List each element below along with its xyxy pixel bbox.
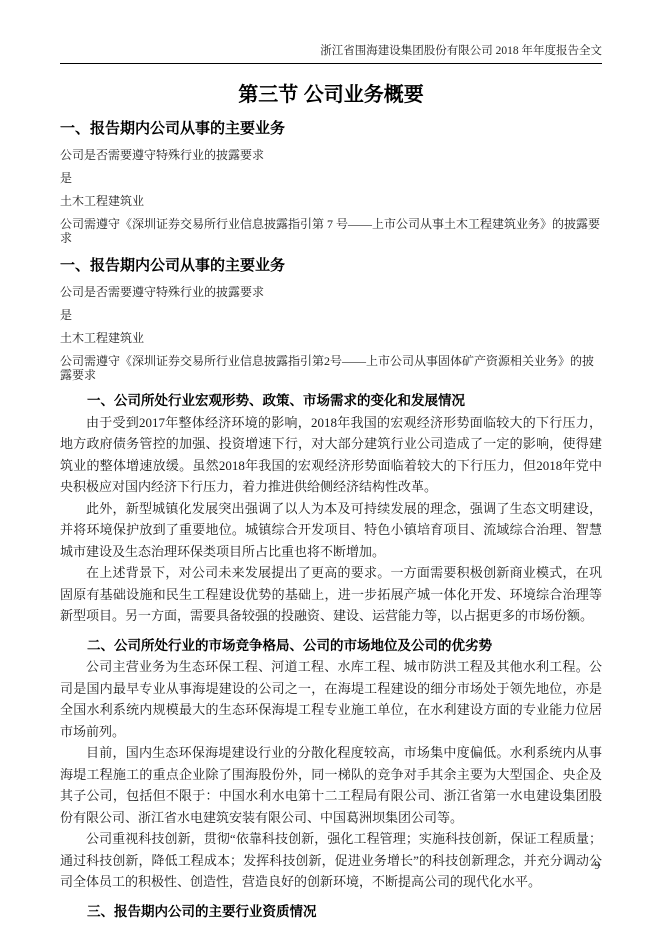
paragraph-future-requirements: 在上述背景下，对公司未来发展提出了更高的要求。一方面需要积极创新商业模式，在巩固… bbox=[60, 562, 602, 627]
disclosure-question-line-2: 公司是否需要遵守特殊行业的披露要求 bbox=[60, 285, 602, 299]
subsection-heading-qualifications: 三、报告期内公司的主要行业资质情况 bbox=[60, 901, 602, 923]
report-page: 浙江省围海建设集团股份有限公司 2018 年年度报告全文 第三节 公司业务概要 … bbox=[0, 0, 662, 936]
paragraph-macro-economy: 由于受到2017年整体经济环境的影响，2018年我国的宏观经济形势面临较大的下行… bbox=[60, 412, 602, 498]
disclosure-question-line: 公司是否需要遵守特殊行业的披露要求 bbox=[60, 148, 602, 162]
report-header-title: 浙江省围海建设集团股份有限公司 2018 年年度报告全文 bbox=[320, 45, 602, 57]
disclosure-guideline-no7-line: 公司需遵守《深圳证券交易所行业信息披露指引第 7 号——上市公司从事土木工程建筑… bbox=[60, 217, 602, 245]
document-body: 一、报告期内公司从事的主要业务 公司是否需要遵守特殊行业的披露要求 是 土木工程… bbox=[60, 119, 602, 922]
page-title: 第三节 公司业务概要 bbox=[60, 82, 602, 108]
disclosure-answer-line-2: 是 bbox=[60, 308, 602, 322]
paragraph-industry-competition: 目前，国内生态环保海堤建设行业的分散化程度较高，市场集中度偏低。水利系统内从事海… bbox=[60, 742, 602, 828]
paragraph-tech-innovation: 公司重视科技创新，贯彻“依靠科技创新，强化工程管理；实施科技创新，保证工程质量；… bbox=[60, 828, 602, 893]
disclosure-answer-line: 是 bbox=[60, 171, 602, 185]
paragraph-main-business: 公司主营业务为生态环保工程、河道工程、水库工程、城市防洪工程及其他水利工程。公司… bbox=[60, 656, 602, 742]
page-number: 9 bbox=[594, 860, 600, 872]
section-heading-main-business: 一、报告期内公司从事的主要业务 bbox=[60, 119, 602, 139]
subsection-heading-competition: 二、公司所处行业的市场竞争格局、公司的市场地位及公司的优劣势 bbox=[60, 635, 602, 657]
paragraph-urbanization: 此外，新型城镇化发展突出强调了以人为本及可持续发展的理念，强调了生态文明建设，并… bbox=[60, 498, 602, 563]
disclosure-guideline-no2-line: 公司需遵守《深圳证券交易所行业信息披露指引第2号——上市公司从事固体矿产资源相关… bbox=[60, 354, 602, 382]
section-heading-main-business-repeat: 一、报告期内公司从事的主要业务 bbox=[60, 256, 602, 276]
subsection-heading-macro-situation: 一、公司所处行业宏观形势、政策、市场需求的变化和发展情况 bbox=[60, 390, 602, 412]
running-header: 浙江省围海建设集团股份有限公司 2018 年年度报告全文 bbox=[60, 0, 602, 64]
industry-name-line-2: 土木工程建筑业 bbox=[60, 331, 602, 345]
industry-name-line: 土木工程建筑业 bbox=[60, 194, 602, 208]
